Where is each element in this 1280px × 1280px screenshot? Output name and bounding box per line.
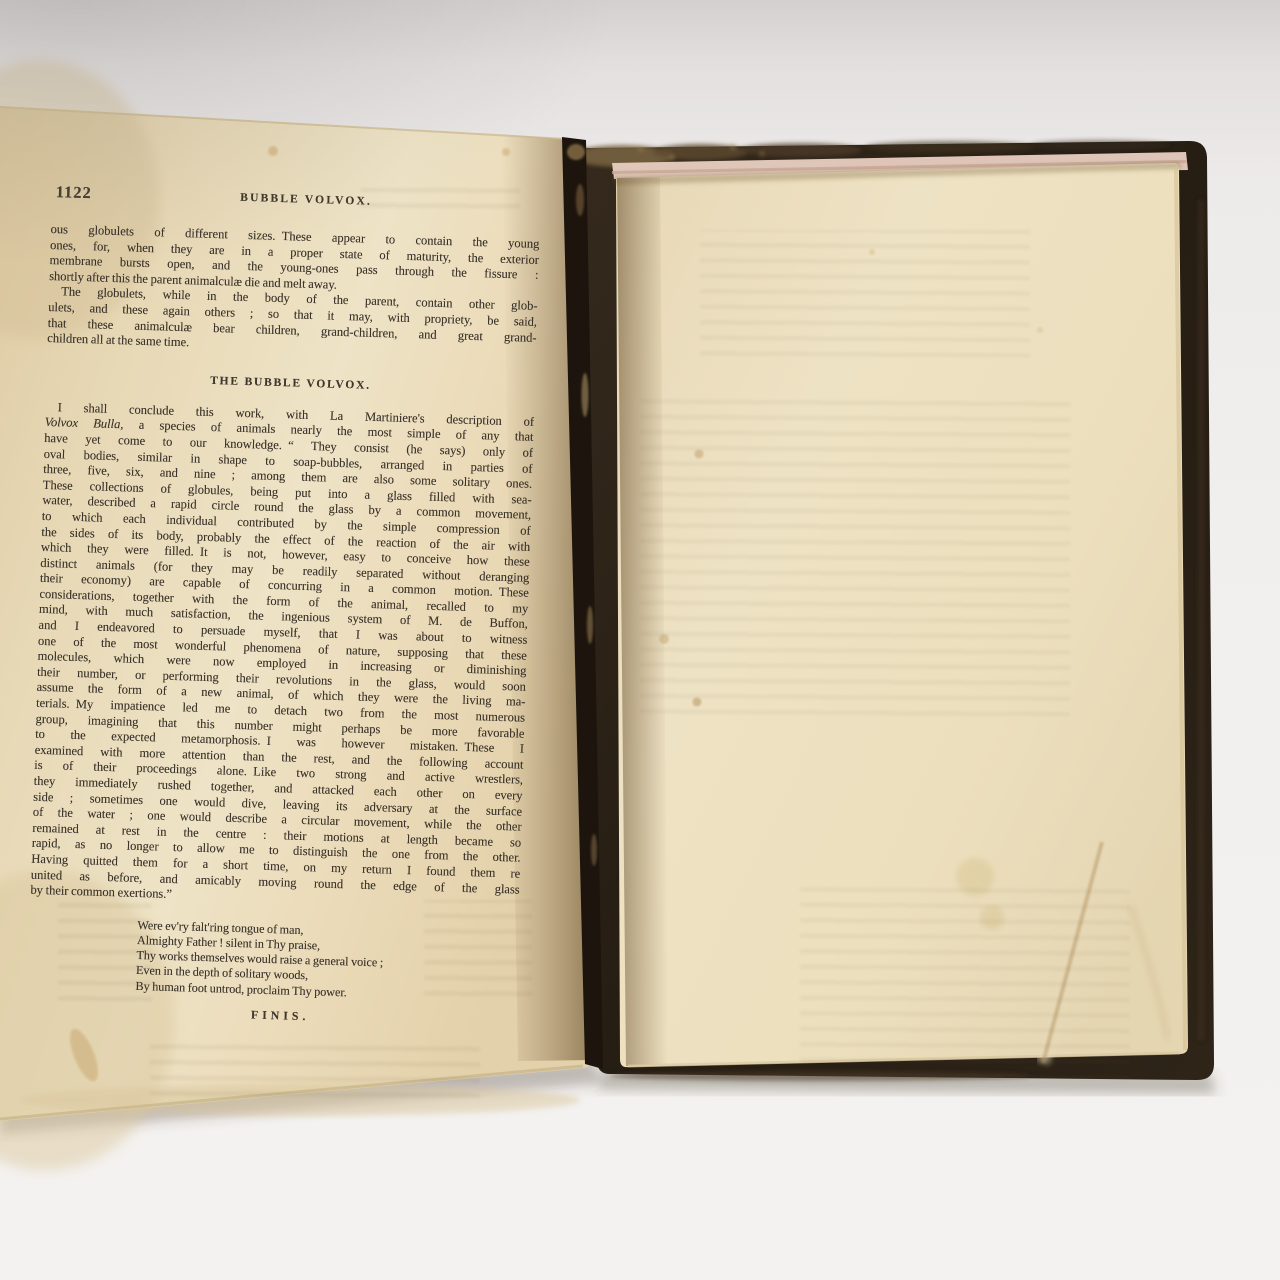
section-heading: THE BUBBLE VOLVOX.	[46, 370, 535, 397]
paragraph-3: I shall conclude this work, with La Mart…	[30, 400, 534, 914]
page-number: 1122	[55, 182, 92, 203]
left-page-text-block: 1122 BUBBLE VOLVOX. ous globulets of dif…	[27, 184, 541, 1030]
right-page-gutter-shadow	[617, 177, 668, 1066]
running-header: BUBBLE VOLVOX.	[240, 192, 372, 208]
photo-background: 1122 BUBBLE VOLVOX. ous globulets of dif…	[0, 0, 1280, 1280]
right-page	[616, 163, 1188, 1067]
poem: Were ev'ry falt'ring tongue of man,Almig…	[27, 914, 518, 1005]
